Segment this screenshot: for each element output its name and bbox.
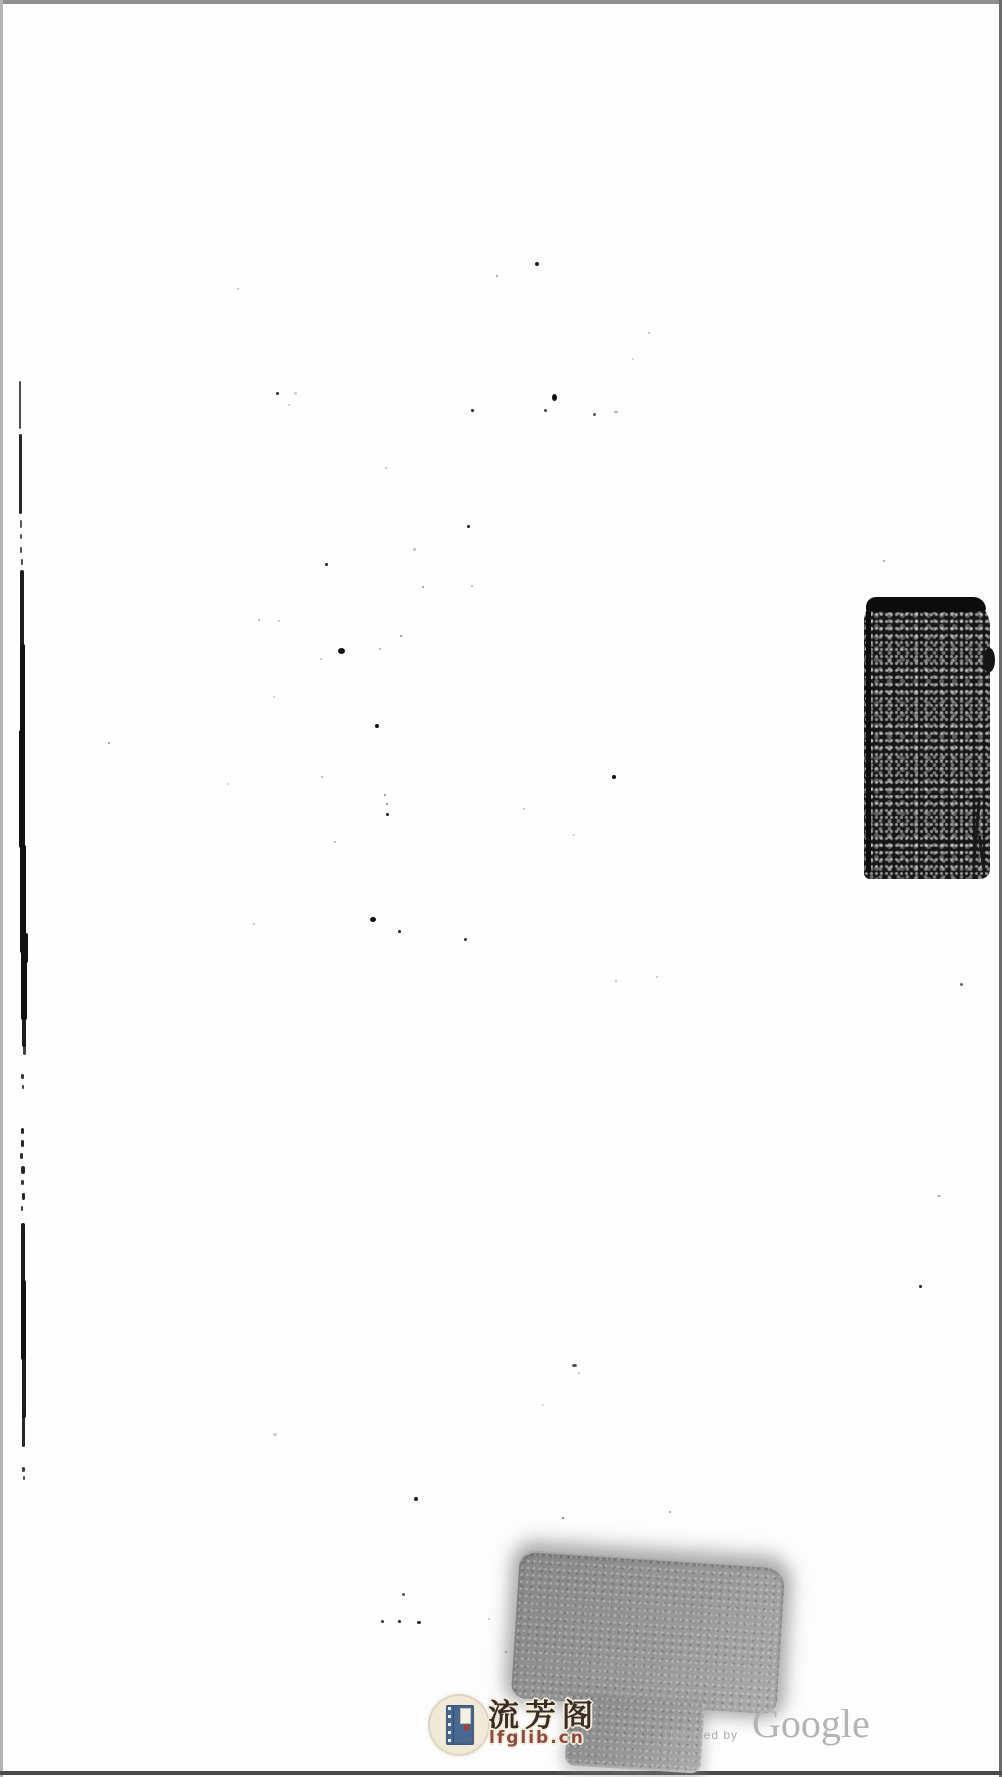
ink-speck (535, 262, 539, 266)
ink-speck (648, 332, 650, 334)
ink-speck (237, 288, 239, 290)
scan-border-top (0, 0, 1002, 4)
scanned-page: 流芳阁 lfglib.cn Digitized by Google (0, 0, 1002, 1777)
left-stroke-segment (20, 570, 24, 646)
ink-speck (488, 1618, 490, 1620)
ink-speck (414, 1497, 418, 1501)
watermark-badge (430, 1696, 488, 1754)
ink-speck (402, 1593, 405, 1596)
ink-speck (108, 742, 110, 744)
book-spine-line (453, 1705, 454, 1745)
digitized-by-label: Digitized by (664, 1728, 738, 1742)
ink-speck (417, 1621, 421, 1624)
ink-speck (669, 1511, 671, 1513)
watermark-site-url: lfglib.cn (489, 1728, 585, 1748)
left-stroke-segment (20, 547, 22, 553)
ink-speck (919, 1285, 922, 1288)
ink-speck (593, 413, 596, 416)
ink-speck (544, 409, 547, 412)
ink-speck (288, 404, 290, 406)
ink-speck (379, 648, 381, 650)
left-stroke-segment (19, 730, 25, 848)
ink-speck (321, 776, 323, 778)
left-stroke-segment (21, 1166, 25, 1174)
ink-speck (253, 923, 255, 925)
ink-speck (552, 394, 557, 401)
ink-blob (864, 597, 990, 879)
ink-speck (960, 983, 963, 986)
left-stroke-segment (21, 559, 23, 565)
ink-speck (614, 411, 618, 413)
ink-speck (471, 409, 474, 412)
left-stroke-segment (19, 434, 22, 514)
ink-speck (325, 563, 328, 566)
ink-speck (334, 841, 336, 843)
left-stroke-segment (21, 1128, 24, 1134)
ink-speck (273, 1433, 277, 1436)
ink-speck (612, 775, 616, 779)
left-stroke-segment (21, 1140, 24, 1147)
ink-speck (542, 1404, 544, 1406)
ink-speck (632, 358, 634, 360)
ink-speck (278, 620, 280, 622)
left-stroke-segment (20, 520, 22, 528)
ink-speck (398, 1620, 401, 1623)
left-stroke-segment (22, 1415, 25, 1447)
ink-speck (400, 635, 402, 637)
left-stroke-segment (19, 381, 21, 429)
left-stroke-segment (22, 1358, 26, 1418)
ink-speck (578, 1372, 580, 1374)
ink-speck (276, 392, 279, 395)
ink-speck (572, 1364, 577, 1367)
ink-speck (385, 467, 387, 469)
left-stroke-segment (20, 1153, 23, 1159)
ink-speck (467, 525, 470, 528)
google-wordmark: Google (752, 1700, 870, 1747)
book-stitch-decoration (448, 1707, 451, 1743)
ink-speck (937, 1195, 941, 1197)
left-stroke-segment (23, 1476, 25, 1480)
ink-speck (375, 724, 379, 728)
ink-speck (386, 813, 389, 816)
watermark: 流芳阁 lfglib.cn (428, 1688, 678, 1758)
left-stroke-segment (23, 1045, 26, 1055)
ink-speck (464, 938, 467, 941)
scan-border-left (0, 0, 3, 1777)
ink-speck (615, 980, 617, 982)
ink-speck (273, 696, 275, 698)
ink-speck (883, 560, 885, 562)
left-stroke-segment (22, 1085, 24, 1089)
left-stroke-segment (22, 1467, 25, 1472)
left-stroke-segment (21, 1223, 25, 1283)
left-stroke-segment (22, 1193, 25, 1200)
left-stroke-segment (21, 1206, 23, 1211)
ink-speck (381, 1620, 384, 1623)
ink-speck (523, 808, 525, 810)
book-icon (446, 1705, 474, 1745)
left-stroke-segment (21, 1180, 24, 1185)
left-stroke-segment (22, 1017, 26, 1047)
ink-speck (496, 275, 498, 277)
ink-speck (258, 619, 260, 621)
ink-speck (398, 930, 401, 933)
left-stroke-segment (21, 950, 27, 1020)
book-title-label (460, 1708, 471, 1724)
ink-speck (422, 586, 424, 588)
ink-speck (384, 794, 386, 796)
ink-speck (227, 783, 229, 785)
left-stroke-segment (20, 644, 25, 736)
ink-speck (294, 392, 297, 395)
ink-speck (386, 803, 388, 805)
ink-speck (413, 548, 416, 551)
ink-speck (562, 1517, 564, 1519)
book-seal (464, 1725, 469, 1730)
scan-border-bottom (0, 1771, 1002, 1775)
left-stroke-segment (21, 1074, 24, 1079)
ink-speck (471, 585, 473, 587)
ink-speck (338, 648, 345, 654)
ink-blob-bump (984, 648, 995, 672)
ink-speck (656, 976, 658, 978)
ink-speck (505, 1651, 507, 1653)
digitization-credit: Digitized by Google (660, 1700, 890, 1760)
ink-blob-top-edge (866, 597, 986, 612)
left-stroke-segment (20, 534, 22, 539)
ink-speck (573, 834, 575, 836)
ink-blob-left-edge (866, 609, 871, 873)
ink-speck (370, 917, 376, 922)
left-stroke-segment (21, 1280, 26, 1360)
ink-speck (320, 658, 322, 660)
